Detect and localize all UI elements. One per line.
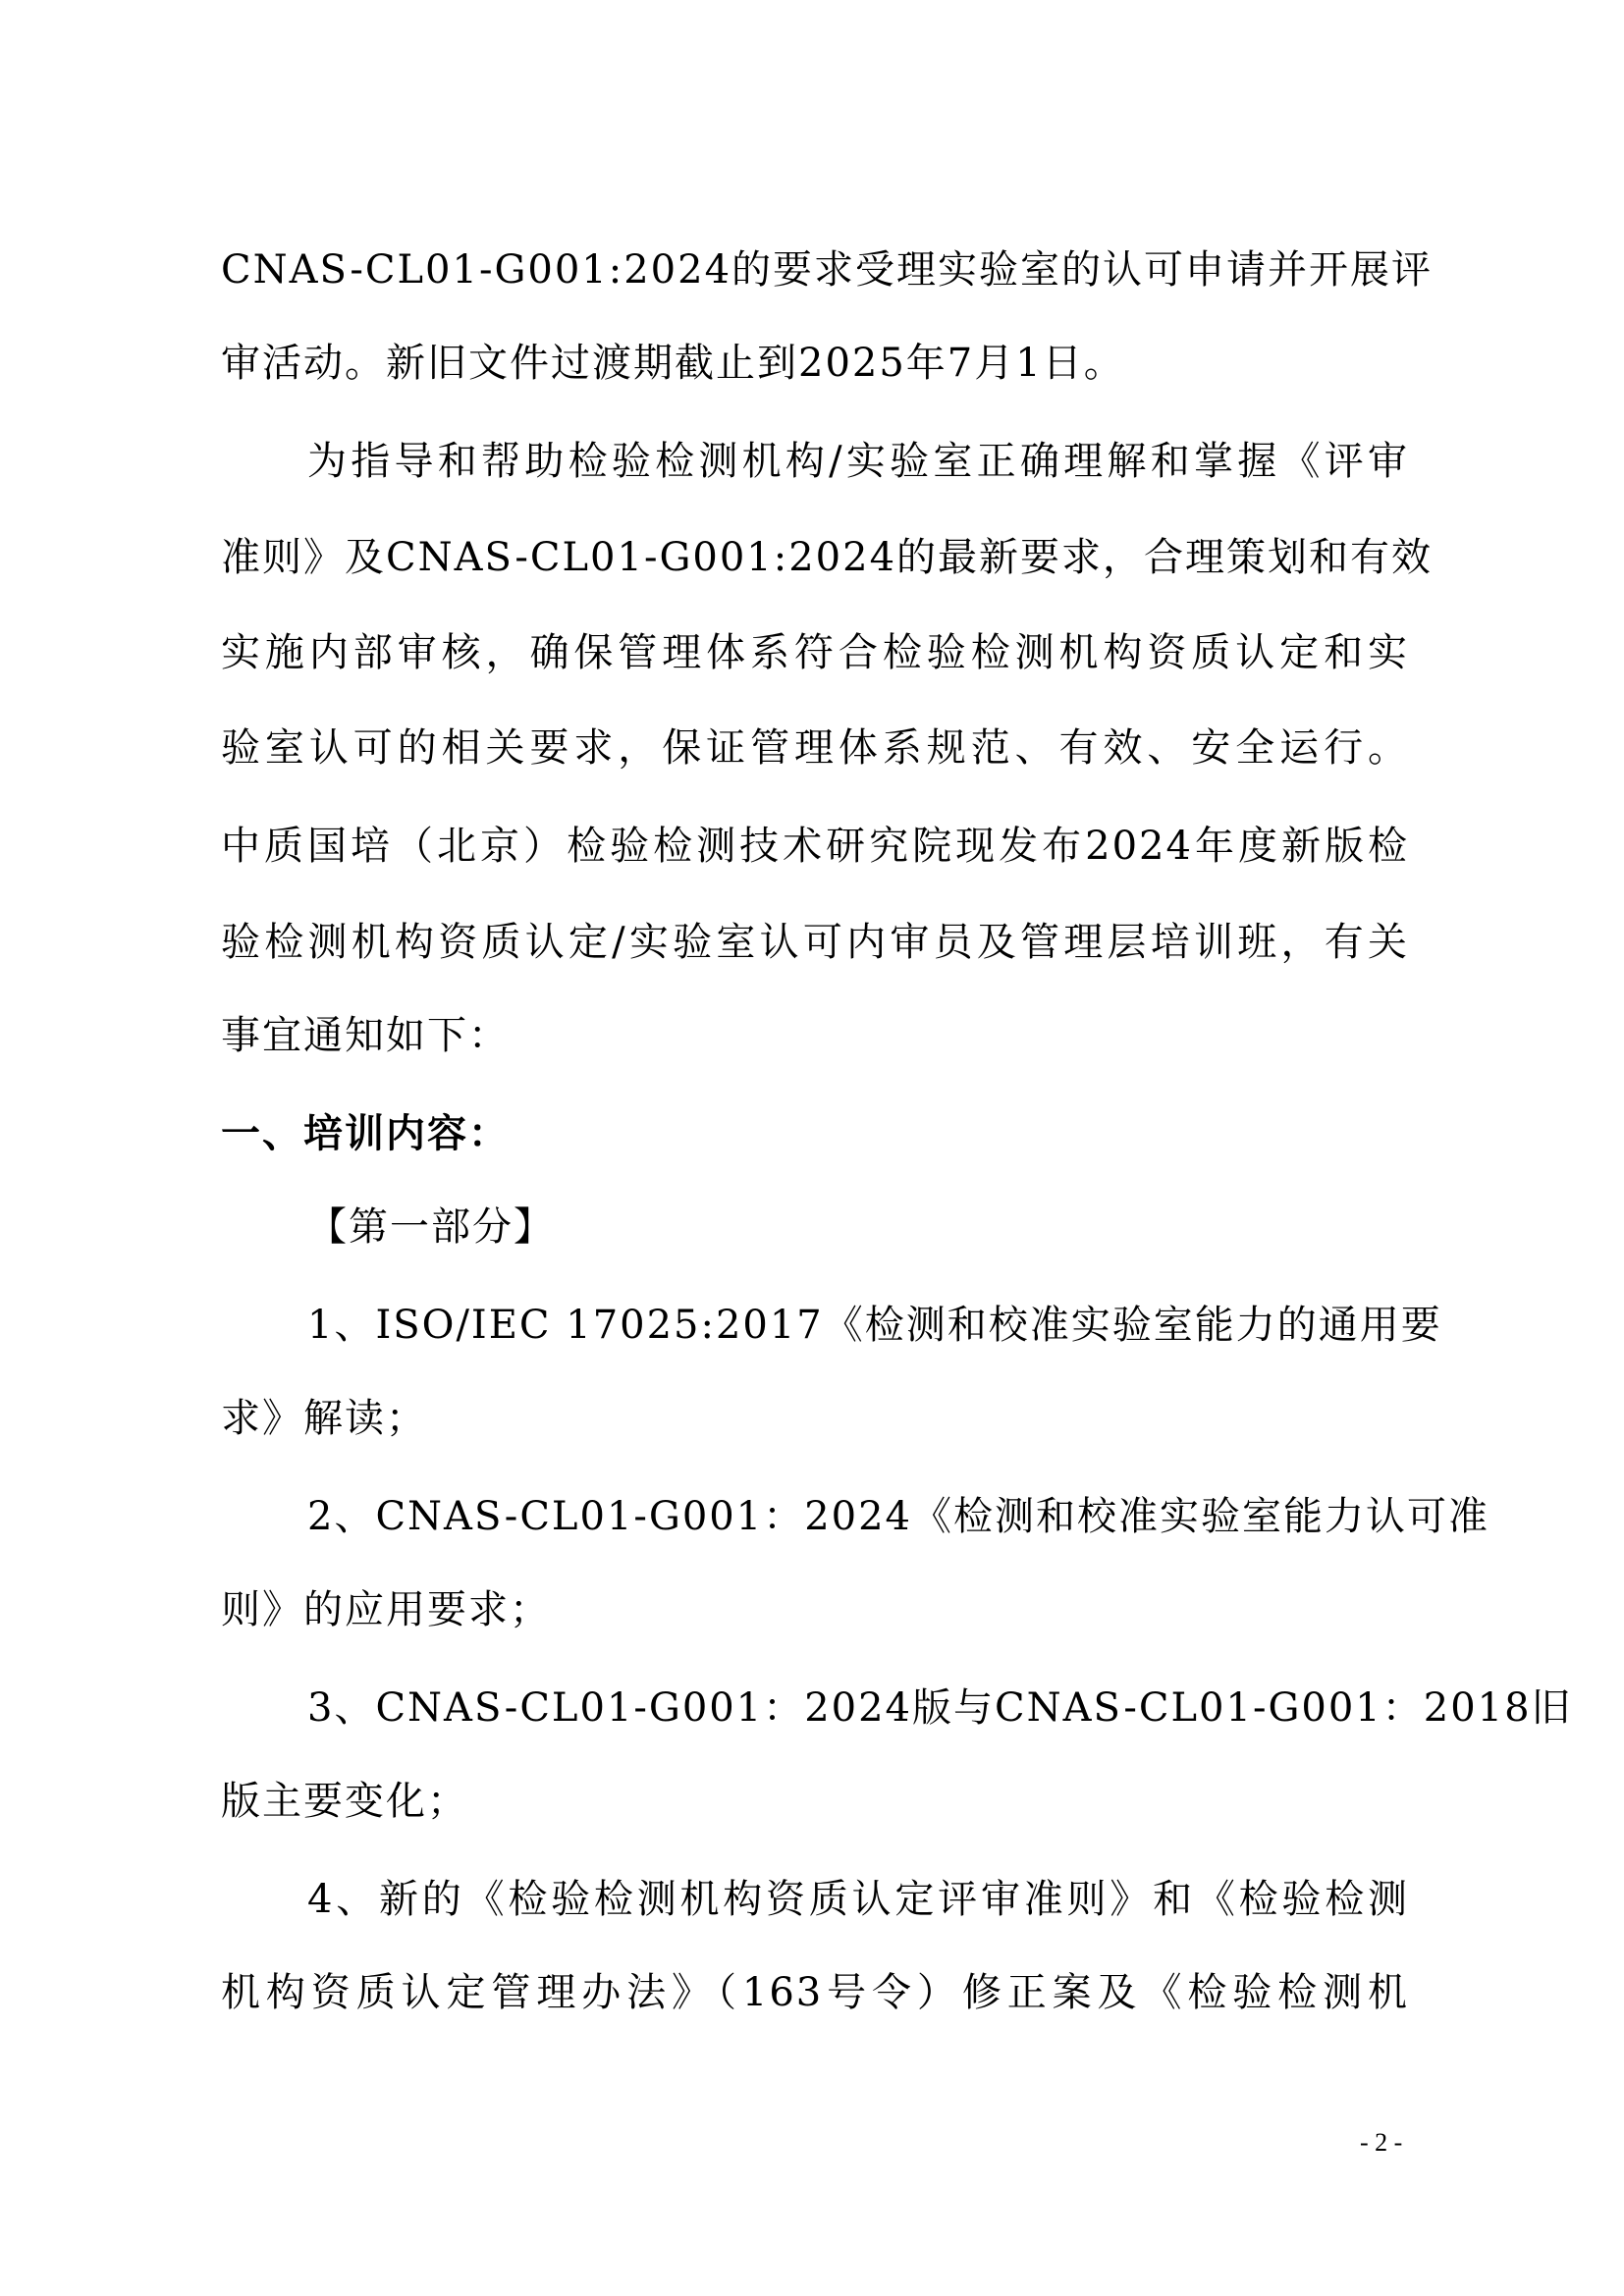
body-text-line: 审活动。新旧文件过渡期截止到2025年7月1日。 xyxy=(221,336,1409,391)
body-text-line: CNAS-CL01-G001:2024的要求受理实验室的认可申请并开展评 xyxy=(221,242,1409,297)
body-text-line: 事宜通知如下： xyxy=(221,1008,1409,1063)
list-item-2: 2、CNAS-CL01-G001：2024《检测和校准实验室能力认可准 xyxy=(307,1489,1409,1544)
paragraph-start-line: 为指导和帮助检验检测机构/实验室正确理解和掌握《评审 xyxy=(307,434,1409,489)
list-item-1-cont: 求》解读； xyxy=(221,1391,1409,1446)
body-text-line: 准则》及CNAS-CL01-G001:2024的最新要求，合理策划和有效 xyxy=(221,530,1409,585)
list-item-1: 1、ISO/IEC 17025:2017《检测和校准实验室能力的通用要 xyxy=(307,1298,1409,1353)
body-text-line: 验室认可的相关要求，保证管理体系规范、有效、安全运行。 xyxy=(221,721,1409,775)
body-text-line: 中质国培（北京）检验检测技术研究院现发布2024年度新版检 xyxy=(221,819,1409,874)
list-item-4: 4、新的《检验检测机构资质认定评审准则》和《检验检测 xyxy=(307,1872,1409,1927)
body-text-line: 验检测机构资质认定/实验室认可内审员及管理层培训班，有关 xyxy=(221,915,1409,970)
list-item-3-cont: 版主要变化； xyxy=(221,1774,1409,1829)
subsection-label: 【第一部分】 xyxy=(307,1200,1409,1255)
body-text-line: 实施内部审核，确保管理体系符合检验检测机构资质认定和实 xyxy=(221,625,1409,680)
section-heading: 一、培训内容： xyxy=(221,1106,1409,1161)
list-item-2-cont: 则》的应用要求； xyxy=(221,1582,1409,1637)
list-item-4-cont: 机构资质认定管理办法》（163号令）修正案及《检验检测机 xyxy=(221,1965,1409,2020)
page-number: - 2 - xyxy=(1360,2128,1402,2158)
list-item-3: 3、CNAS-CL01-G001：2024版与CNAS-CL01-G001：20… xyxy=(307,1681,1409,1735)
